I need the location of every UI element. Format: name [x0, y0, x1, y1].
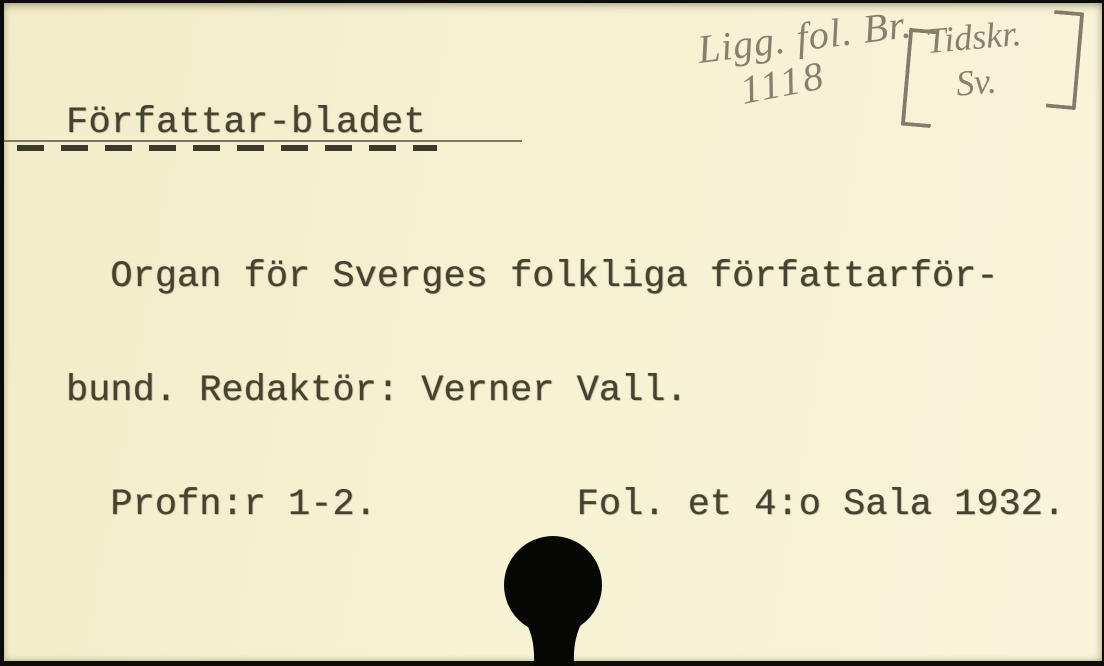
handwritten-right-bracket [1046, 10, 1084, 110]
handwritten-bracket-note-line2: Sv. [954, 59, 998, 104]
card-title: Författar-bladet [66, 103, 426, 143]
body-line: bund. Redaktör: Verner Vall. [66, 372, 1065, 410]
catalog-card-scan: Ligg. fol. Br. 1118 Tidskr. Sv. Författa… [0, 0, 1104, 666]
handwritten-bracket-note-line1: Tidskr. [924, 12, 1022, 62]
body-line: Organ för Sverges folkliga författarför- [66, 258, 1065, 296]
title-underline-rule [4, 140, 522, 142]
body-line: Profn:r 1-2. Fol. et 4:o Sala 1932. [66, 486, 1065, 524]
keyhole-punch-hole [495, 528, 611, 666]
title-underline-dashes [17, 145, 437, 151]
